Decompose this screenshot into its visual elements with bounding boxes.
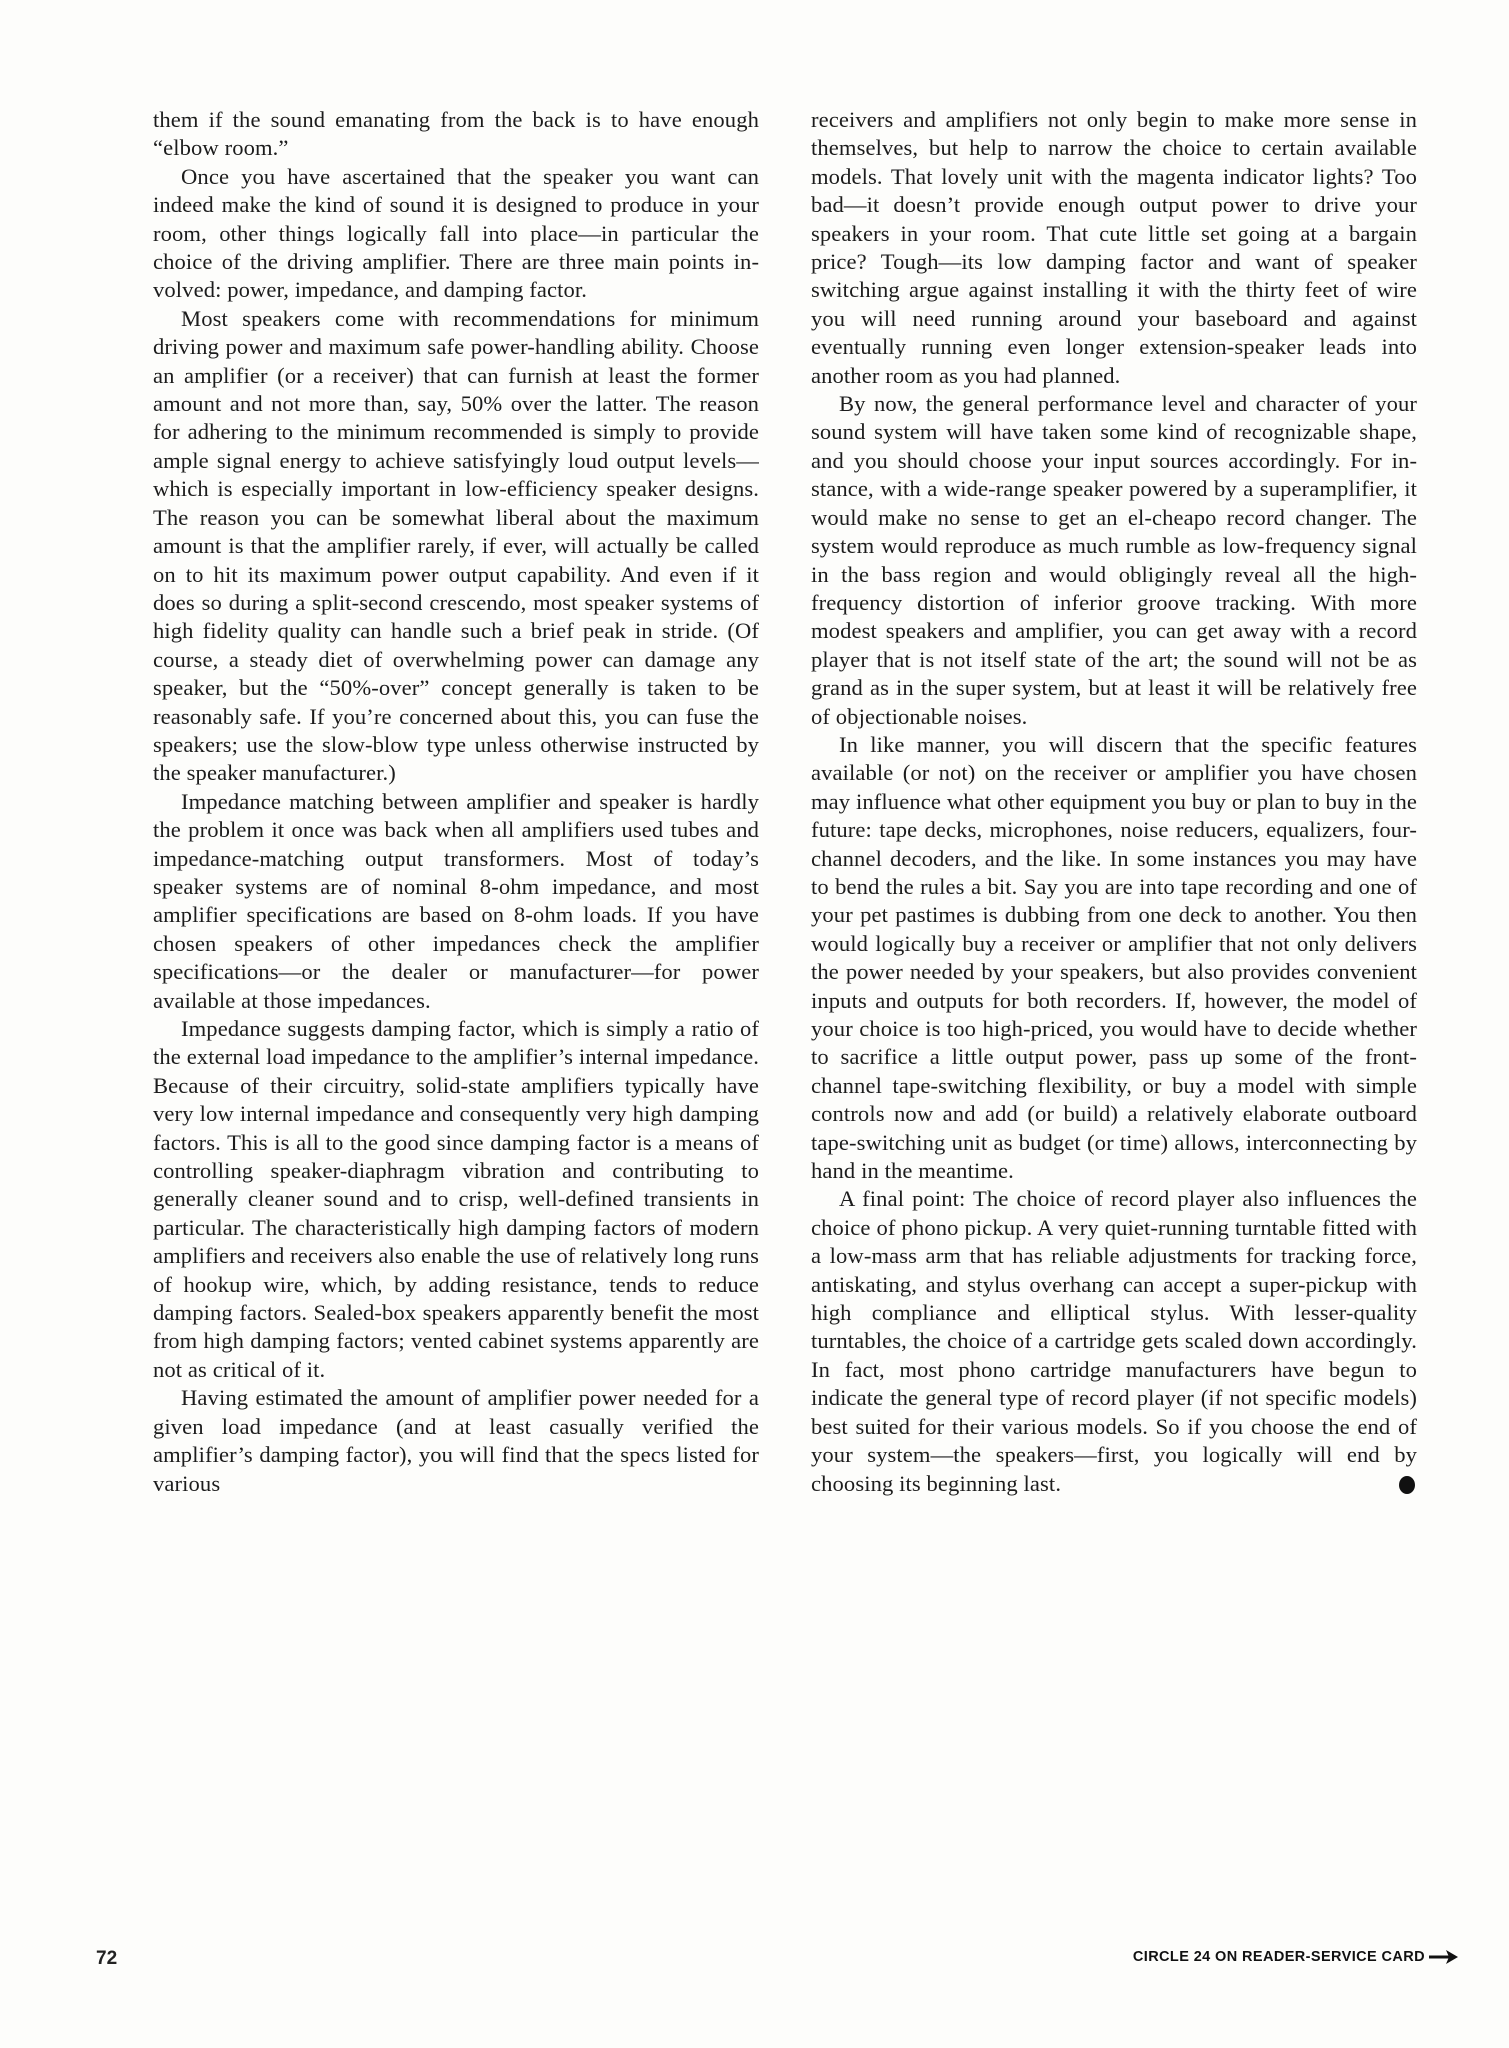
article-paragraph: Impedance suggests damping factor, which… <box>153 1015 759 1384</box>
article-paragraph-final: A final point: The choice of record play… <box>811 1185 1417 1497</box>
reader-service-cta-text: CIRCLE 24 ON READER-SERVICE CARD <box>1133 1949 1425 1965</box>
article-paragraph: Having estimated the amount of amplifier… <box>153 1384 759 1498</box>
article-paragraph: By now, the general performance level an… <box>811 390 1417 731</box>
article-paragraph: Impedance matching between amplifier and… <box>153 788 759 1015</box>
end-mark-icon <box>1399 1476 1415 1494</box>
article-paragraph: them if the sound emanating from the bac… <box>153 106 759 163</box>
article-paragraph: Once you have ascertained that the speak… <box>153 163 759 305</box>
article-paragraph: Most speakers come with recommendations … <box>153 305 759 788</box>
page-number: 72 <box>96 1948 117 1970</box>
article-paragraph-final-text: A final point: The choice of record play… <box>811 1186 1417 1495</box>
right-arrow-icon <box>1429 1949 1459 1965</box>
article-paragraph: receivers and amplifiers not only begin … <box>811 106 1417 390</box>
reader-service-cta: CIRCLE 24 ON READER-SERVICE CARD <box>1133 1949 1459 1965</box>
article-left-column: them if the sound emanating from the bac… <box>153 106 759 1498</box>
magazine-page: them if the sound emanating from the bac… <box>0 0 1509 2048</box>
article-right-column: receivers and amplifiers not only begin … <box>811 106 1417 1498</box>
article-paragraph: In like manner, you will discern that th… <box>811 731 1417 1186</box>
